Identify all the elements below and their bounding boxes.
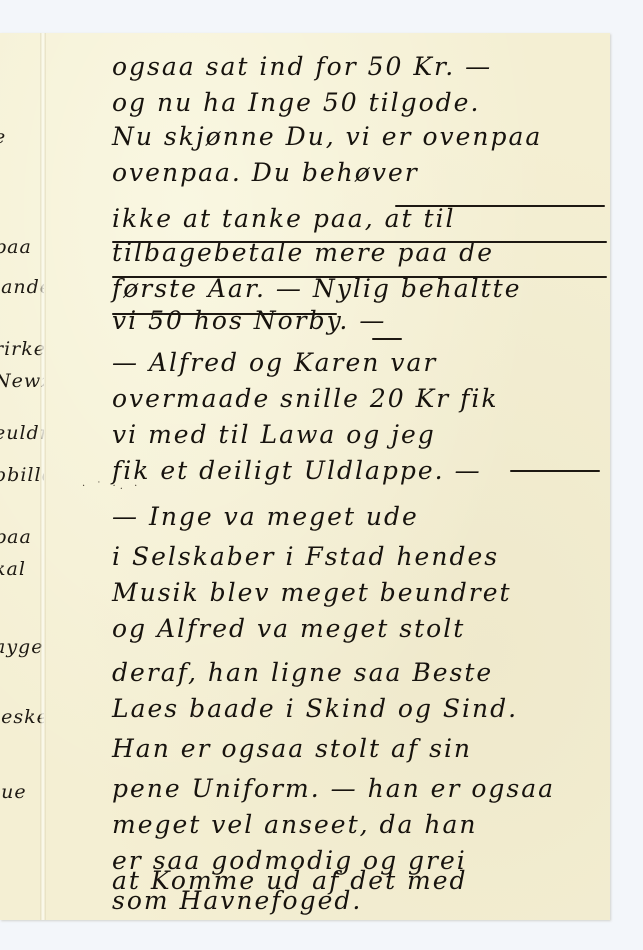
letter-line: Laes baade i Skind og Sind. [112, 694, 518, 723]
letter-sheet: eipaalanderirkerNewzeuldrbbille.paakalay… [0, 33, 610, 920]
paper-fold [40, 33, 46, 920]
left-page-fragment: eipaalanderirkerNewzeuldrbbille.paakalay… [0, 33, 44, 920]
underline-stroke [112, 276, 607, 278]
letter-body: ogsaa sat ind for 50 Kr. —og nu ha Inge … [112, 33, 607, 920]
letter-line: — Alfred og Karen var [112, 348, 437, 377]
letter-line: fik et deiligt Uldlappe. — [112, 456, 482, 485]
left-fragment-word: paa [0, 526, 32, 548]
left-fragment-word: Newz [0, 370, 44, 392]
letter-line: som Havnefoged. [112, 886, 362, 915]
letter-line: første Aar. — Nylig behaltte [112, 274, 522, 303]
letter-line: meget vel anseet, da han [112, 810, 477, 839]
letter-line: og nu ha Inge 50 tilgode. [112, 88, 480, 117]
letter-line: vi med til Lawa og jeg [112, 420, 436, 449]
letter-line: overmaade snille 20 Kr fik [112, 384, 499, 413]
underline-stroke [112, 313, 337, 315]
left-fragment-word: i [0, 204, 1, 226]
left-fragment-word: lue [0, 781, 27, 803]
left-fragment-word: euldr [0, 422, 44, 444]
underline-stroke [112, 241, 607, 243]
letter-line: — Inge va meget ude [112, 502, 419, 531]
left-fragment-word: bbille. [0, 464, 44, 486]
left-fragment-word: paa [0, 236, 32, 258]
underline-stroke [510, 470, 600, 472]
left-fragment-word: aygen [0, 636, 44, 658]
left-fragment-word: lande [0, 276, 44, 298]
letter-line: vi 50 hos Norby. — [112, 306, 386, 335]
left-fragment-word: rirker [0, 338, 44, 360]
letter-line: og Alfred va meget stolt [112, 614, 465, 643]
underline-stroke [395, 205, 605, 207]
left-fragment-word: kal [0, 558, 26, 580]
underline-stroke [372, 338, 402, 340]
letter-line: ovenpaa. Du behøver [112, 158, 419, 187]
letter-line: pene Uniform. — han er ogsaa [112, 774, 555, 803]
letter-line: Musik blev meget beundret [112, 578, 512, 607]
left-fragment-word: leske [0, 706, 44, 728]
letter-line: i Selskaber i Fstad hendes [112, 542, 499, 571]
letter-line: deraf, han ligne saa Beste [112, 658, 493, 687]
letter-line: Nu skjønne Du, vi er ovenpaa [112, 122, 542, 151]
left-fragment-word: e [0, 126, 6, 148]
letter-line: ogsaa sat ind for 50 Kr. — [112, 52, 492, 81]
letter-line: Han er ogsaa stolt af sin [112, 734, 472, 763]
letter-line: ikke at tanke paa, at til [112, 204, 456, 233]
